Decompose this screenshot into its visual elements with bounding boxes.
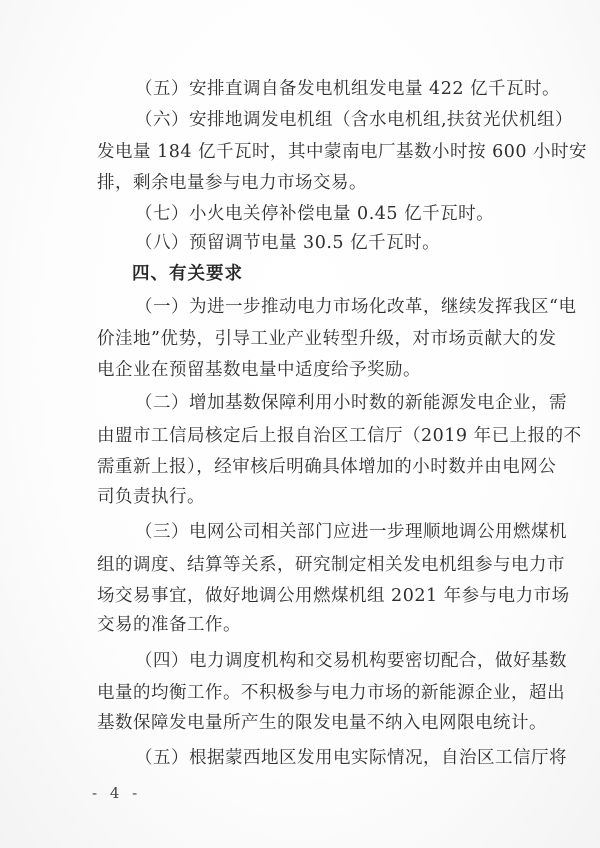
document-page: （五）安排直调自备发电机组发电量 422 亿千瓦时。 （六）安排地调发电机组（含…	[0, 0, 600, 848]
paragraph-line: 电量的均衡工作。不积极参与电力市场的新能源企业，超出	[97, 681, 508, 705]
requirement-4: （四）电力调度机构和交易机构要密切配合，做好基数	[135, 649, 508, 673]
paragraph-line: 基数保障发电量所产生的限发电量不纳入电网限电统计。	[97, 711, 508, 735]
paragraph-line: 发电量 184 亿千瓦时，其中蒙南电厂基数小时按 600 小时安	[97, 140, 508, 164]
list-item-6-local-dispatch: （六）安排地调发电机组（含水电机组,扶贫光伏机组）	[135, 108, 508, 132]
paragraph-line: 由盟市工信局核定后上报自治区工信厅（2019 年已上报的不	[97, 424, 508, 448]
list-item-5-direct-dispatch: （五）安排直调自备发电机组发电量 422 亿千瓦时。	[135, 77, 508, 101]
paragraph-line: 场交易事宜，做好地调公用燃煤机组 2021 年参与电力市场	[97, 584, 508, 608]
list-item-8-reserved: （八）预留调节电量 30.5 亿千瓦时。	[135, 231, 508, 255]
list-item-7-small-thermal: （七）小火电关停补偿电量 0.45 亿千瓦时。	[135, 202, 508, 226]
paragraph-line: 组的调度、结算等关系，研究制定相关发电机组参与电力市	[97, 553, 508, 577]
paragraph-line: 电企业在预留基数电量中适度给予奖励。	[97, 358, 508, 382]
page-number: - 4 -	[92, 784, 141, 802]
paragraph-line: 司负责执行。	[97, 485, 508, 509]
paragraph-line: 交易的准备工作。	[97, 613, 508, 637]
paragraph-line: 需重新上报），经审核后明确具体增加的小时数并由电网公	[97, 455, 508, 479]
paragraph-line: 价洼地”优势，引导工业产业转型升级，对市场贡献大的发	[97, 327, 508, 351]
section-heading: 四、有关要求	[132, 262, 243, 286]
requirement-5: （五）根据蒙西地区发用电实际情况，自治区工信厅将	[135, 746, 508, 770]
requirement-2: （二）增加基数保障利用小时数的新能源发电企业，需	[135, 391, 508, 415]
requirement-3: （三）电网公司相关部门应进一步理顺地调公用燃煤机	[135, 520, 508, 544]
requirement-1: （一）为进一步推动电力市场化改革，继续发挥我区“电	[135, 295, 508, 319]
paragraph-line: 排，剩余电量参与电力市场交易。	[97, 171, 508, 195]
